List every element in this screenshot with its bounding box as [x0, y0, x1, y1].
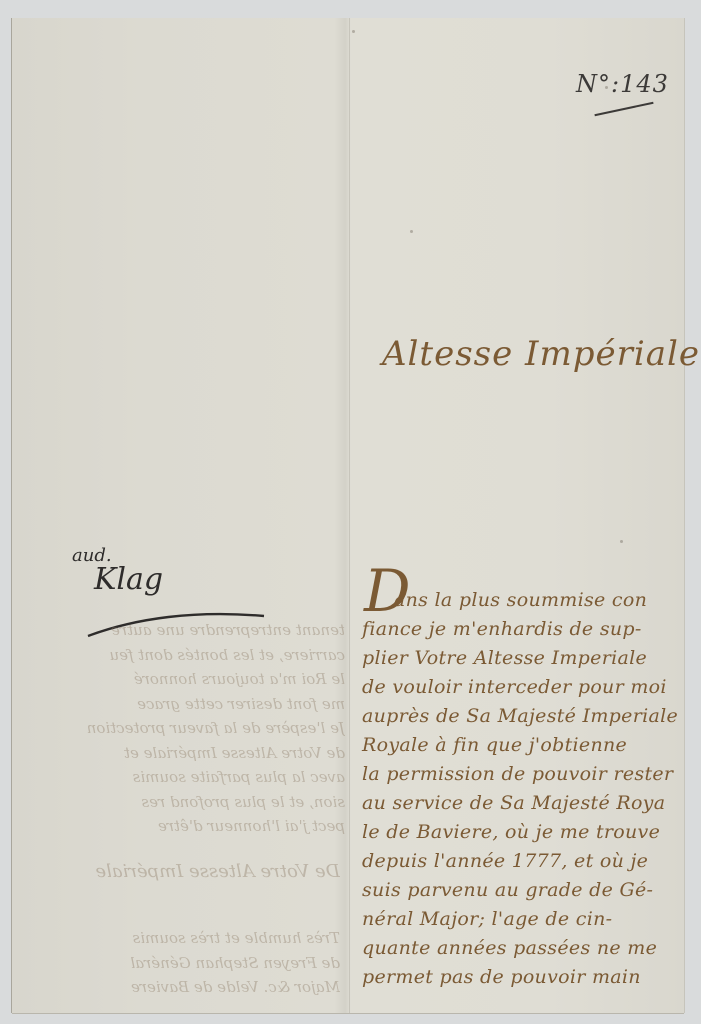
bleed-line: De Votre Altesse Impériale — [40, 860, 340, 885]
bleed-line: tenant entreprendre une autre — [30, 618, 345, 643]
bleed-through-signature: Très humble et très soumis de Freyen Ste… — [40, 926, 340, 1000]
salutation: Altesse Impériale — [382, 334, 700, 374]
body-line: suis parvenu au grade de Gé- — [362, 876, 692, 905]
bleed-line: de Votre Altesse Impériale et — [30, 741, 345, 766]
body-line: fiance je m'enhardis de sup- — [362, 615, 692, 644]
body-line: le de Baviere, où je me trouve — [362, 818, 692, 847]
bleed-line: le Roi m'a toujours honnoré — [30, 667, 345, 692]
bleed-line: Je l'espère de la faveur protection — [30, 716, 345, 741]
body-line: plier Votre Altesse Imperiale — [362, 644, 692, 673]
body-line: quante années passées ne me — [362, 934, 692, 963]
body-line: permet pas de pouvoir main — [362, 963, 692, 992]
bleed-line: de Freyen Stephan Général — [40, 951, 340, 976]
bleed-line: me font desirer cette grace — [30, 692, 345, 717]
body-line: néral Major; l'age de cin- — [362, 905, 692, 934]
bleed-through-closing: De Votre Altesse Impériale — [40, 860, 340, 885]
letter-body: ans la plus soummise con fiance je m'enh… — [362, 586, 692, 992]
paper-fold-line — [349, 18, 351, 1013]
annotation-signature: Klag — [94, 562, 163, 597]
body-line: la permission de pouvoir rester — [362, 760, 692, 789]
margin-annotation: aud. Klag — [72, 545, 163, 597]
paper-spot — [410, 230, 413, 233]
paper-spot — [605, 86, 608, 89]
body-line: au service de Sa Majesté Roya — [362, 789, 692, 818]
bleed-through-paragraph: tenant entreprendre une autre carriere, … — [30, 618, 345, 839]
bleed-line: sion, et le plus profond res — [30, 790, 345, 815]
paper-spot — [620, 540, 623, 543]
bleed-line: Très humble et très soumis — [40, 926, 340, 951]
bleed-line: Major &c. Velde de Baviere — [40, 975, 340, 1000]
paper-spot — [352, 30, 355, 33]
body-line: ans la plus soummise con — [362, 586, 692, 615]
bleed-line: carriere, et les bontés dont feu — [30, 643, 345, 668]
body-line: depuis l'année 1777, et où je — [362, 847, 692, 876]
body-line: Royale à fin que j'obtienne — [362, 731, 692, 760]
bleed-line: avec la plus parfaite soumis — [30, 765, 345, 790]
bleed-line: pect j'ai l'honneur d'être — [30, 814, 345, 839]
body-line: auprès de Sa Majesté Imperiale — [362, 702, 692, 731]
archive-number: N°:143 — [576, 70, 669, 98]
body-line: de vouloir interceder pour moi — [362, 673, 692, 702]
